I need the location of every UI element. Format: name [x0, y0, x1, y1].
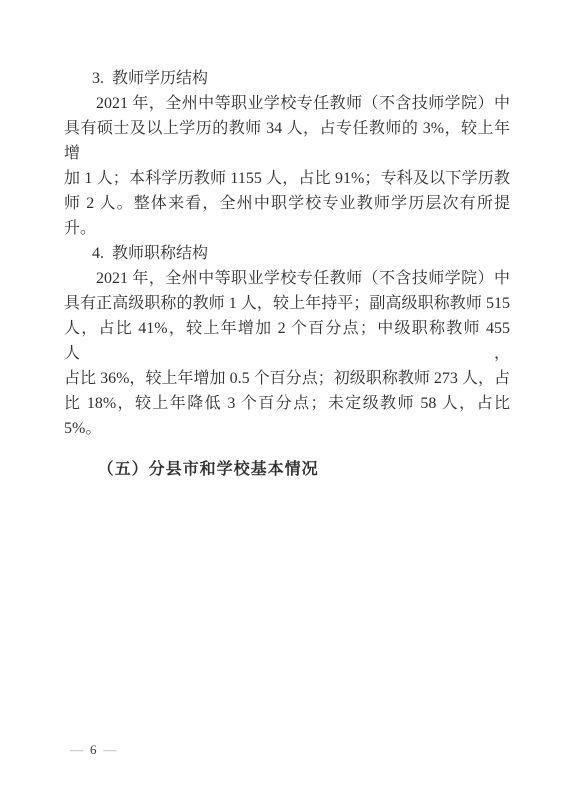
section-4-paragraph-line: 具有正高级职称的教师 1 人，较上年持平；副高级职称教师 515 — [64, 291, 510, 316]
section-3-paragraph-line: 加 1 人；本科学历教师 1155 人，占比 91%；专科及以下学历教 — [64, 166, 510, 191]
section-5-heading: （五）分县市和学校基本情况 — [64, 457, 510, 482]
section-3-paragraph-line: 师 2 人。整体来看，全州中职学校专业教师学历层次有所提升。 — [64, 191, 510, 241]
section-4-paragraph-line: 占比 36%，较上年增加 0.5 个百分点；初级职称教师 273 人，占 — [64, 366, 510, 391]
footer-left-dash: — — [70, 742, 83, 757]
section-3-paragraph-line: 2021 年，全州中等职业学校专任教师（不含技师学院）中 — [64, 91, 510, 116]
page-number: 6 — [83, 742, 104, 757]
document-page: 3. 教师学历结构 2021 年，全州中等职业学校专任教师（不含技师学院）中 具… — [0, 0, 565, 800]
text-block: 3. 教师学历结构 2021 年，全州中等职业学校专任教师（不含技师学院）中 具… — [64, 66, 510, 482]
section-4-heading: 4. 教师职称结构 — [64, 241, 510, 266]
section-3-paragraph-line: 具有硕士及以上学历的教师 34 人，占专任教师的 3%，较上年增 — [64, 116, 510, 166]
section-3-heading: 3. 教师学历结构 — [64, 66, 510, 91]
section-4-paragraph-line: 比 18%，较上年降低 3 个百分点；未定级教师 58 人，占比 5%。 — [64, 391, 510, 441]
section-4-paragraph-line: 2021 年，全州中等职业学校专任教师（不含技师学院）中 — [64, 266, 510, 291]
section-4-paragraph-line: 人，占比 41%，较上年增加 2 个百分点；中级职称教师 455 人， — [64, 316, 510, 366]
footer-right-dash: — — [104, 742, 117, 757]
page-footer: —6— — [70, 743, 117, 757]
